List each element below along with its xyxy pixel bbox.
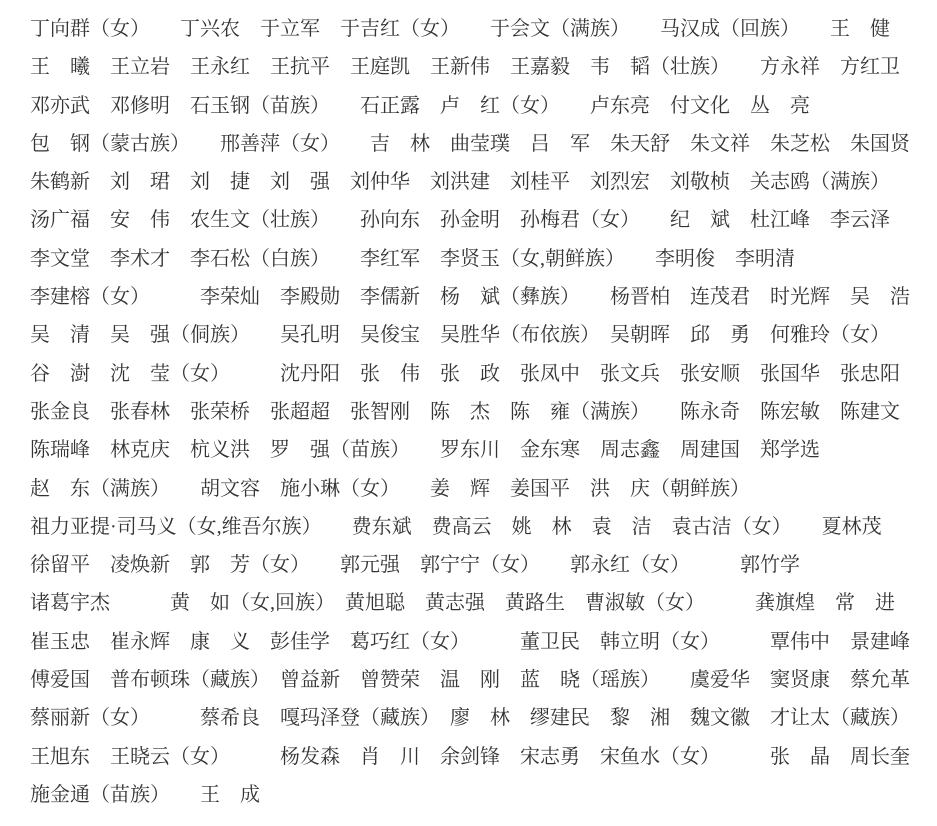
name-list-row: 李文堂 李术才 李石松（白族） 李红军 李贤玉（女,朝鲜族） 李明俊 李明清	[30, 240, 933, 278]
name-list-row: 王 曦 王立岩 王永红 王抗平 王庭凯 王新伟 王嘉毅 韦 韬（壮族） 方永祥 …	[30, 48, 933, 86]
name-list-row: 蔡丽新（女） 蔡希良 嘎玛泽登（藏族） 廖 林 缪建民 黎 湘 魏文徽 才让太（…	[30, 699, 933, 737]
name-list-row: 汤广福 安 伟 农生文（壮族） 孙向东 孙金明 孙梅君（女） 纪 斌 杜江峰 李…	[30, 201, 933, 239]
name-list-row: 张金良 张春林 张荣桥 张超超 张智刚 陈 杰 陈 雍（满族） 陈永奇 陈宏敏 …	[30, 393, 933, 431]
name-list-row: 傅爱国 普布顿珠（藏族） 曾益新 曾赞荣 温 刚 蓝 晓（瑶族） 虞爱华 窦贤康…	[30, 661, 933, 699]
name-list-row: 王旭东 王晓云（女） 杨发森 肖 川 余剑锋 宋志勇 宋鱼水（女） 张 晶 周长…	[30, 738, 933, 776]
name-list-row: 谷 澍 沈 莹（女） 沈丹阳 张 伟 张 政 张凤中 张文兵 张安顺 张国华 张…	[30, 355, 933, 393]
name-list-row: 陈瑞峰 林克庆 杭义洪 罗 强（苗族） 罗东川 金东寒 周志鑫 周建国 郑学选	[30, 431, 933, 469]
name-list-row: 崔玉忠 崔永辉 康 义 彭佳学 葛巧红（女） 董卫民 韩立明（女） 覃伟中 景建…	[30, 623, 933, 661]
name-list-row: 朱鹤新 刘 珺 刘 捷 刘 强 刘仲华 刘洪建 刘桂平 刘烈宏 刘敬桢 关志鸥（…	[30, 163, 933, 201]
name-list-row: 诸葛宇杰 黄 如（女,回族） 黄旭聪 黄志强 黄路生 曹淑敏（女） 龚旗煌 常 …	[30, 584, 933, 622]
name-list-row: 祖力亚提·司马义（女,维吾尔族） 费东斌 费高云 姚 林 袁 洁 袁古洁（女） …	[30, 508, 933, 546]
name-list-row: 赵 东（满族） 胡文容 施小琳（女） 姜 辉 姜国平 洪 庆（朝鲜族）	[30, 470, 933, 508]
name-list-row: 徐留平 凌焕新 郭 芳（女） 郭元强 郭宁宁（女） 郭永红（女） 郭竹学	[30, 546, 933, 584]
document-page: 丁向群（女） 丁兴农 于立军 于吉红（女） 于会文（满族） 马汉成（回族） 王 …	[0, 0, 937, 826]
name-list-row: 施金通（苗族） 王 成	[30, 776, 933, 814]
name-list-row: 包 钢（蒙古族） 邢善萍（女） 吉 林 曲莹璞 吕 军 朱天舒 朱文祥 朱芝松 …	[30, 125, 933, 163]
name-list-row: 李建榕（女） 李荣灿 李殿勋 李儒新 杨 斌（彝族） 杨晋柏 连茂君 时光辉 吴…	[30, 278, 933, 316]
name-list-row: 丁向群（女） 丁兴农 于立军 于吉红（女） 于会文（满族） 马汉成（回族） 王 …	[30, 10, 933, 48]
name-list-row: 吴 清 吴 强（侗族） 吴孔明 吴俊宝 吴胜华（布依族） 吴朝晖 邱 勇 何雅玲…	[30, 316, 933, 354]
name-list-row: 邓亦武 邓修明 石玉钢（苗族） 石正露 卢 红（女） 卢东亮 付文化 丛 亮	[30, 87, 933, 125]
